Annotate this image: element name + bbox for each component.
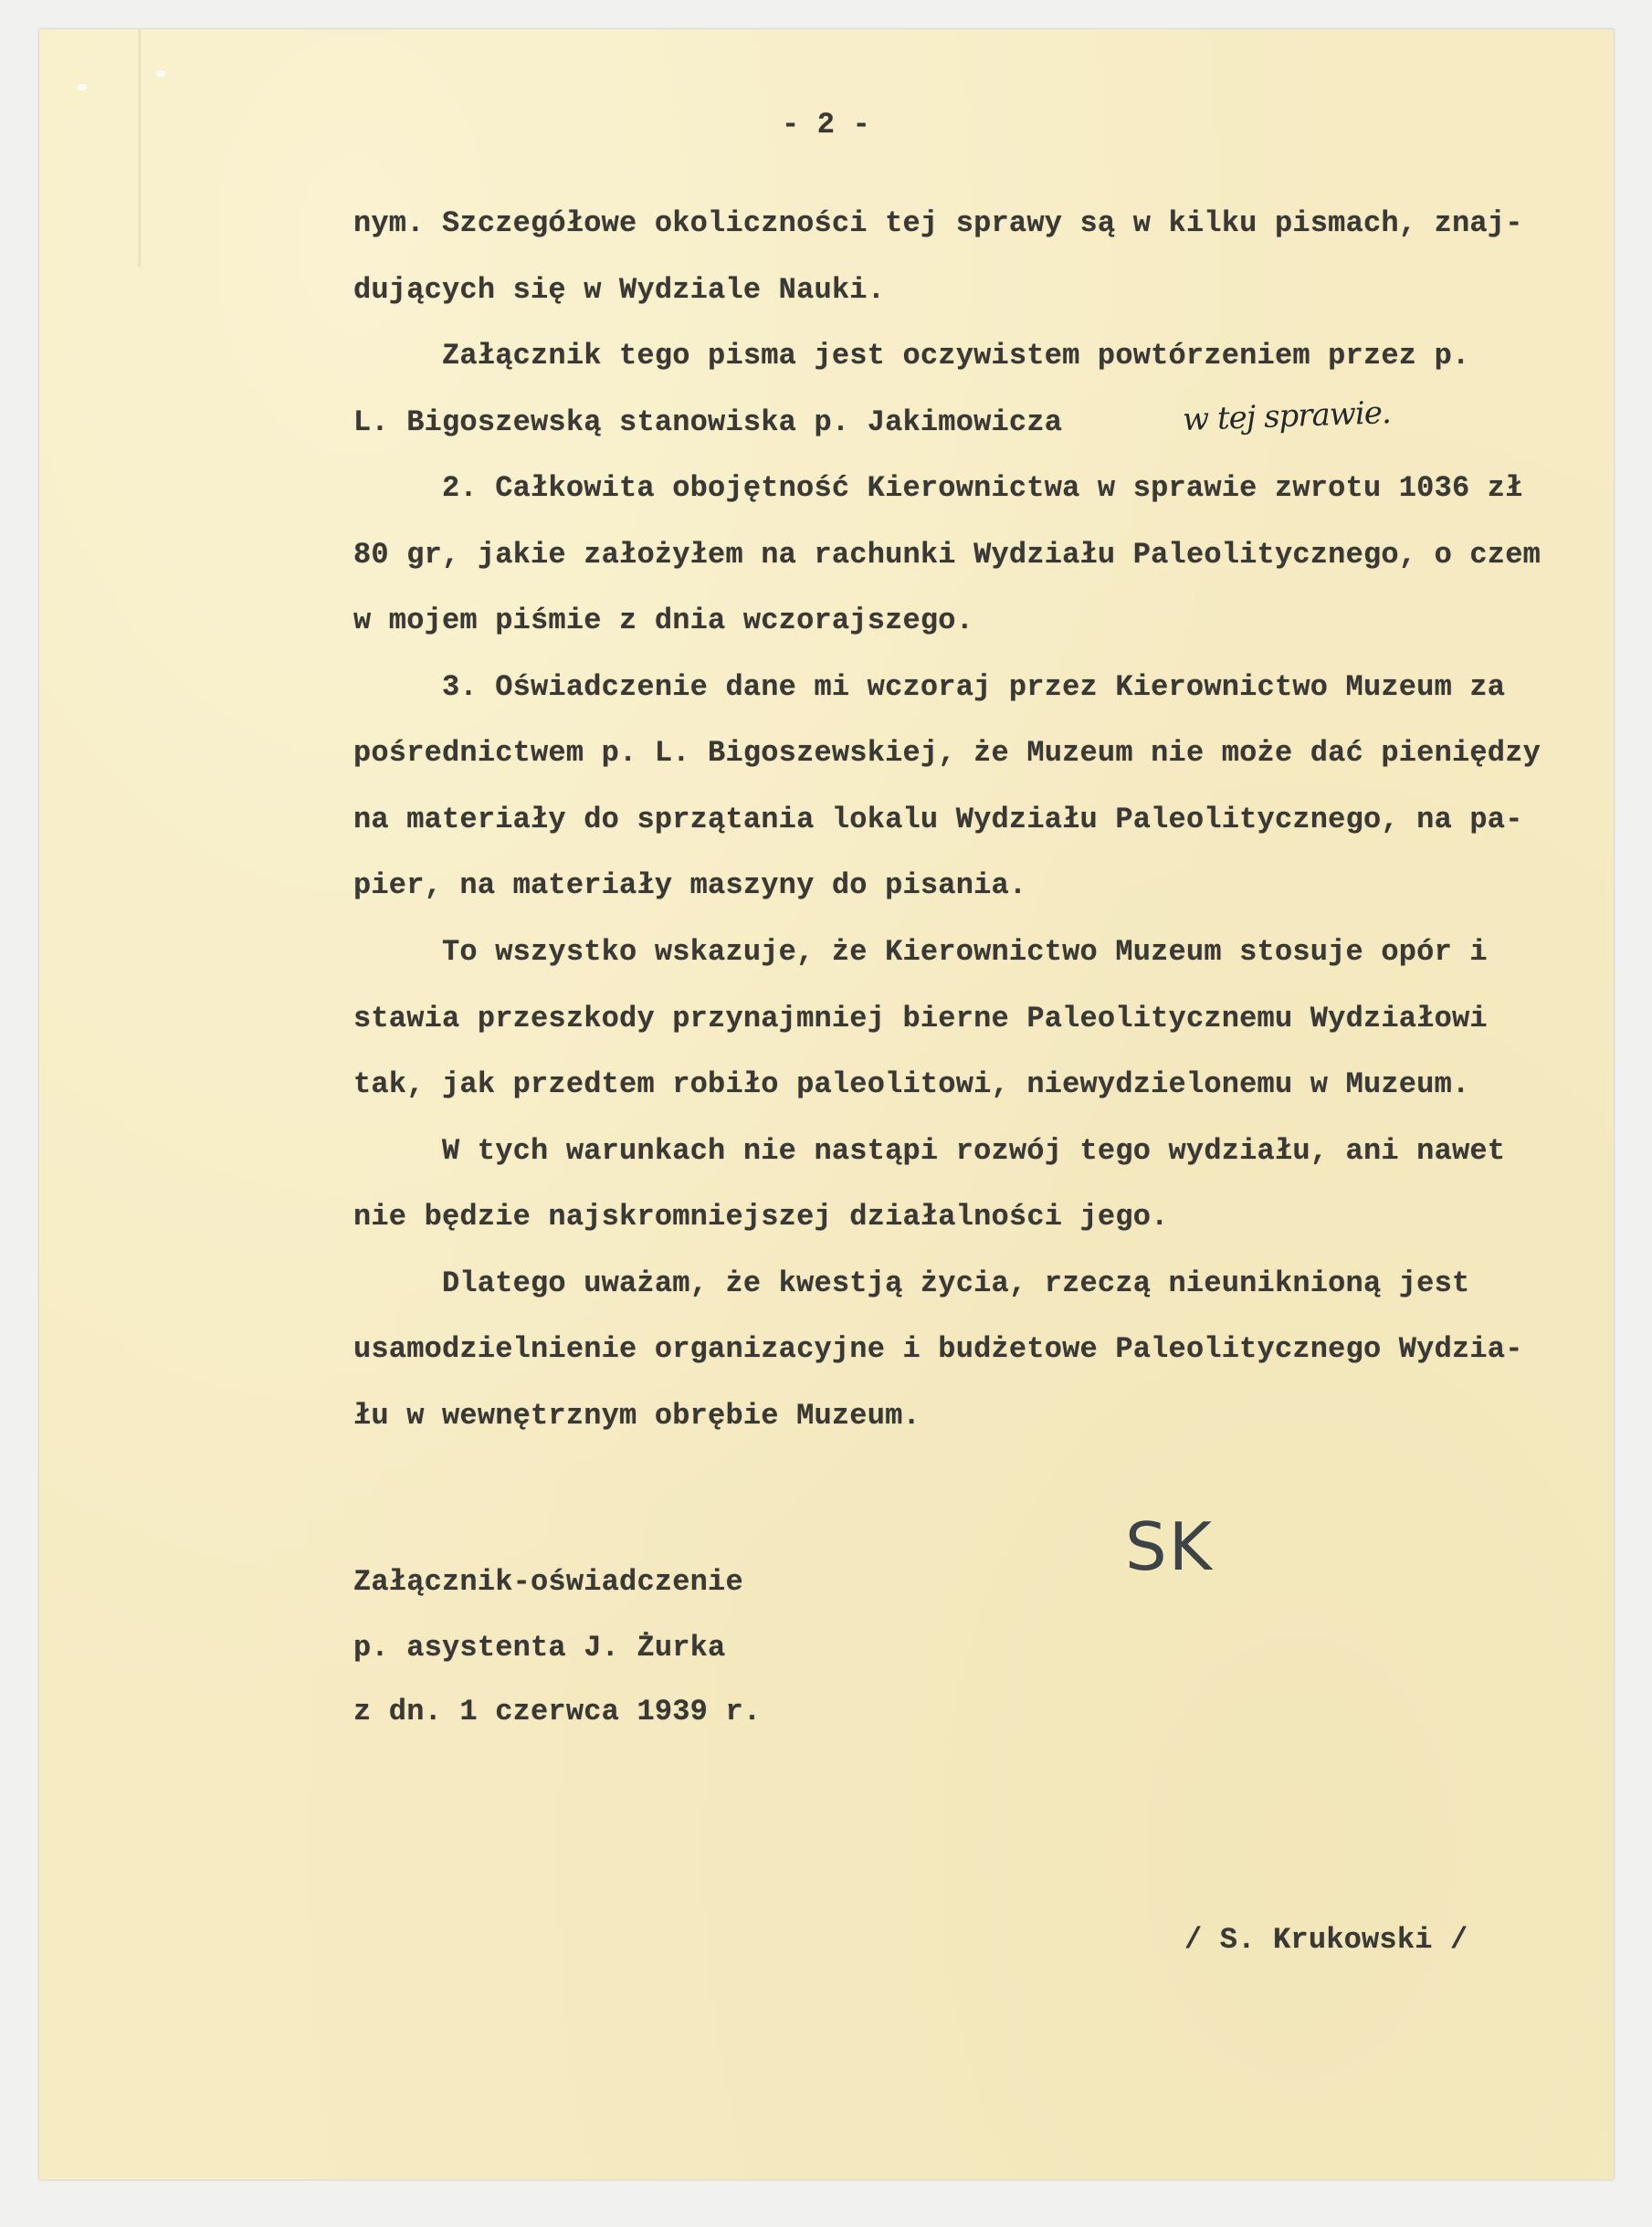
page-number: - 2 -: [0, 107, 1652, 143]
punch-hole: [156, 70, 165, 77]
enclosure-line: p. asystenta J. Żurka: [353, 1630, 725, 1666]
text-line: nie będzie najskromniejszej działalności…: [353, 1199, 1169, 1235]
text-line: tak, jak przedtem robiło paleolitowi, ni…: [353, 1066, 1469, 1103]
text-line: pier, na materiały maszyny do pisania.: [353, 867, 1026, 904]
text-line: w mojem piśmie z dnia wczorajszego.: [353, 603, 973, 639]
text-line: pośrednictwem p. L. Bigoszewskiej, że Mu…: [353, 735, 1541, 772]
text-line: stawia przeszkody przynajmniej bierne Pa…: [353, 1001, 1488, 1037]
enclosure-line: Załącznik-oświadczenie: [353, 1564, 743, 1601]
text-line: dujących się w Wydziale Nauki.: [353, 272, 885, 309]
text-line: To wszystko wskazuje, że Kierownictwo Mu…: [442, 934, 1488, 971]
typed-signature: / S. Krukowski /: [1184, 1922, 1468, 1959]
text-line: Załącznik tego pisma jest oczywistem pow…: [442, 338, 1469, 374]
text-line: łu w wewnętrznym obrębie Muzeum.: [353, 1398, 921, 1434]
text-line: 3. Oświadczenie dane mi wczoraj przez Ki…: [442, 669, 1505, 706]
text-line: W tych warunkach nie nastąpi rozwój tego…: [442, 1133, 1505, 1170]
text-line: na materiały do sprzątania lokalu Wydzia…: [353, 802, 1523, 838]
enclosure-line: z dn. 1 czerwca 1939 r.: [353, 1694, 761, 1730]
text-line: 80 gr, jakie założyłem na rachunki Wydzi…: [353, 537, 1541, 573]
text-line: L. Bigoszewską stanowiska p. Jakimowicza: [353, 404, 1062, 441]
handwritten-insertion: w tej sprawie.: [1182, 394, 1391, 438]
handwritten-initials: SK: [1125, 1508, 1214, 1585]
text-line: Dlatego uważam, że kwestją życia, rzeczą…: [442, 1266, 1469, 1302]
paper-crease: [138, 29, 142, 267]
text-line: usamodzielnienie organizacyjne i budżeto…: [353, 1331, 1523, 1368]
text-line: nym. Szczegółowe okoliczności tej sprawy…: [353, 205, 1523, 242]
text-line: 2. Całkowita obojętność Kierownictwa w s…: [442, 470, 1523, 507]
punch-hole: [78, 84, 87, 90]
